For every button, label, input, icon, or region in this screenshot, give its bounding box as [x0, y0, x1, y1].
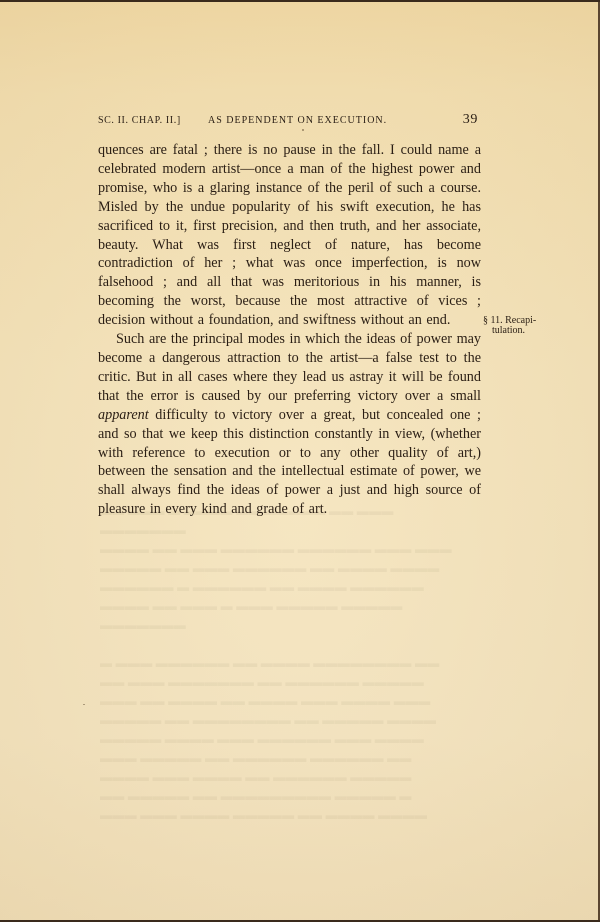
show-through-text: ▬▬ ▬▬▬ ▬ ▬▬▬▬ ▬▬ ▬▬▬▬▬ ▬▬ ▬▬▬ ▬▬▬▬▬▬▬▬▬▬… — [100, 502, 480, 825]
text-run: Such are the principal modes in which th… — [98, 331, 481, 404]
running-head: SC. II. CHAP. II.] AS DEPENDENT ON EXECU… — [98, 112, 478, 130]
running-head-title: AS DEPENDENT ON EXECUTION. — [208, 115, 387, 126]
paragraph: quences are fatal ; there is no pause in… — [98, 141, 481, 330]
paragraph: Such are the principal modes in which th… — [98, 330, 481, 519]
book-page: ▬▬ ▬▬▬ ▬ ▬▬▬▬ ▬▬ ▬▬▬▬▬ ▬▬ ▬▬▬ ▬▬▬▬▬▬▬▬▬▬… — [0, 2, 600, 920]
page-number: 39 — [463, 112, 478, 128]
margin-note: § 11. Recapi- tulation. — [483, 316, 553, 336]
text-run: quences are fatal ; there is no pause in… — [98, 142, 481, 328]
running-head-section: SC. II. CHAP. II.] — [98, 115, 181, 126]
margin-note-line-2: tulation. — [483, 326, 553, 336]
ink-speck — [83, 704, 85, 705]
text-run: difficulty to victory over a great, but … — [98, 407, 481, 518]
ink-speck — [302, 129, 304, 131]
body-text: quences are fatal ; there is no pause in… — [98, 141, 481, 519]
emphasis-text: apparent — [98, 407, 149, 423]
